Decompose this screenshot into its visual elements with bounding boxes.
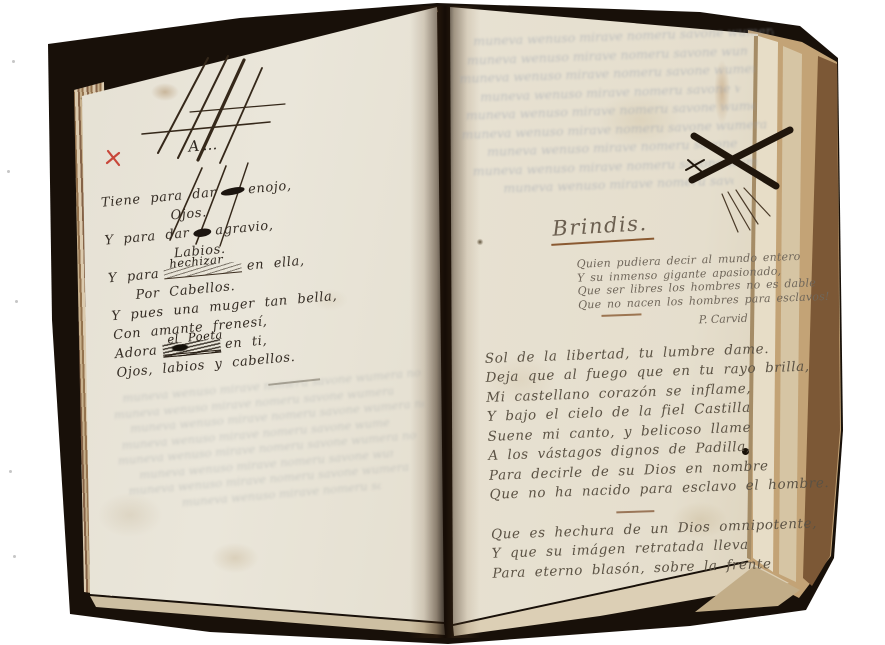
dust-speck — [7, 170, 10, 173]
left-page-text: A… Tiene para darenojo, Ojos. Y para dar… — [96, 116, 453, 399]
poem-line-text: agravio, — [215, 218, 274, 238]
epigraph-rule — [601, 313, 641, 316]
poem-title: Brindis. — [550, 211, 655, 246]
poem-line-text: en ti, — [224, 333, 267, 352]
epigraph-attribution: P. Carvid — [698, 308, 828, 326]
poem-line-text: en ella, — [246, 254, 305, 274]
photo-of-open-manuscript-book: muneva wenuso mirave nomeru savone wumer… — [0, 0, 885, 645]
poem-line-text: Adora — [114, 343, 158, 362]
inserted-correction: el Poeta — [166, 325, 223, 349]
stanza-separator-rule — [616, 510, 654, 513]
ink-blot — [220, 186, 245, 197]
dust-speck — [12, 60, 15, 63]
right-page-text: Brindis. Quien pudiera decir al mundo en… — [480, 206, 838, 584]
inserted-correction: hechizar — [169, 250, 225, 274]
epigraph: Quien pudiera decir al mundo entero Y su… — [576, 249, 828, 312]
dust-speck — [9, 470, 12, 473]
stanza-2: Que es hechura de un Dios omnipotente, Y… — [491, 513, 838, 584]
dust-speck — [15, 300, 18, 303]
poem-line-text: enojo, — [248, 178, 293, 197]
dust-speck — [13, 555, 16, 558]
stanza-1: Sol de la libertad, tu lumbre dame. Deja… — [485, 337, 835, 505]
ink-blot — [193, 227, 212, 238]
